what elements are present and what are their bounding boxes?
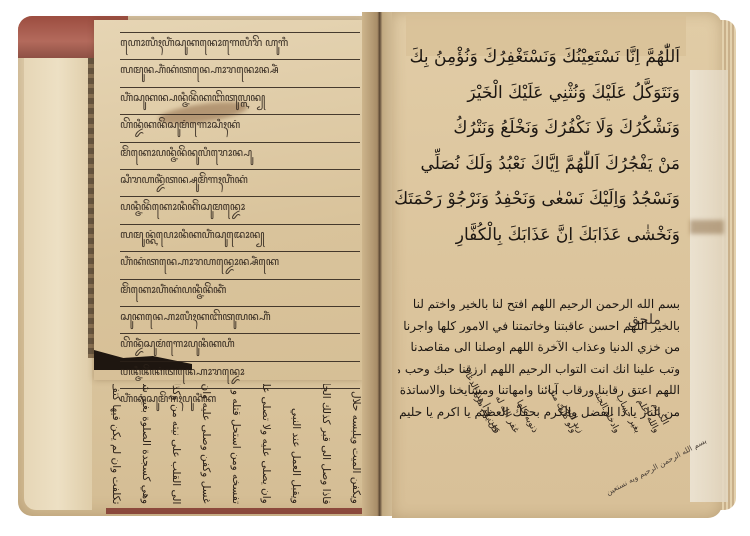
script-line: ꦲꦶꦁꦏꦁꦠꦤ꧀ꦲꦺꦴꦫꦲꦤ꧀ꦢꦺꦴꦤ꧀ꦱꦶꦁꦏꦺ xyxy=(120,251,360,275)
arabic-line: اَللّٰهُمَّ اِنَّا نَسْتَعِيْنُكَ وَنَسْ… xyxy=(380,40,680,76)
dua-line: اللهم اعتق رقابنا ورقاب آبائنا وامهاتنا … xyxy=(398,380,680,402)
vertical-text-column: ويقبل العمل عند النبي xyxy=(290,384,302,504)
vertical-text-column: الى القلب على نيته من وكذلك xyxy=(170,384,182,504)
vertical-arabic-block: تكلفت وان لم يكن فيها كتف وهي كسجدة الصل… xyxy=(102,384,370,512)
arabic-prayer-text: اَللّٰهُمَّ اِنَّا نَسْتَعِيْنُكَ وَنَسْ… xyxy=(380,40,680,253)
arabic-line: وَنَشْكُرُكَ وَلَا نَكْفُرُكَ وَنَخْلَعُ… xyxy=(380,111,680,147)
arabic-line: وَنَسْجُدُ وَاِلَيْكَ نَسْعٰى وَنَحْفِدُ… xyxy=(380,182,680,218)
vertical-text-column: تكلفت وان لم يكن فيها كتف xyxy=(110,384,122,504)
arabic-line: مَنْ يَفْجُرُكَ اَللّٰهُمَّ اِيَّاكَ نَع… xyxy=(380,147,680,183)
arabic-line: وَنَتَوَكَّلُ عَلَيْكَ وَنُثْنِي عَلَيْك… xyxy=(380,76,680,112)
script-line: ꦲꦺꦴꦭꦶꦃꦲꦶꦁꦱꦸꦏꦤꦺꦴꦒꦺꦭꦶꦫꦼ ꦲꦸꦒꦶ xyxy=(120,32,360,56)
tissue-flap xyxy=(690,70,728,502)
manuscript-photo: ꦲꦺꦴꦭꦶꦃꦲꦶꦁꦱꦸꦏꦤꦺꦴꦒꦺꦭꦶꦫꦼ ꦲꦸꦒꦶ ꦭꦩꦸꦤ꧀ꦲꦶꦁꦏꦁꦠꦤ꧀… xyxy=(0,0,750,536)
script-line: ꦲꦼꦤ꧀ꦢꦶꦏꦤꦼꦁꦱꦸꦩꦁꦒꦺꦴꦱꦶꦃꦏꦁ xyxy=(120,114,360,138)
script-line: ꦥꦤ꧀ꦗꦶꦤꦼꦁꦏꦺꦴꦤꦶꦏꦼꦁꦱꦸꦩꦤ꧀ꦢꦺꦴ xyxy=(120,196,360,220)
vertical-text-column: ويكفن الميت ويلبسه حلال xyxy=(350,384,362,504)
diagonal-marginal-notes: ومن قرأ هذا الدعاء كل يوم مرة غفر الله ل… xyxy=(420,430,660,510)
script-line: ꦱꦶꦫꦲꦤ꧀ꦢꦶꦁꦠꦤ꧀ꦱꦸꦩꦼꦁꦒꦃꦲꦶꦁꦏꦁ xyxy=(120,169,360,193)
script-line: ꦲꦼꦤ꧀ꦢꦶꦁꦱꦸꦩꦁꦒꦺꦴꦥꦸꦤꦶꦏꦲꦶ xyxy=(120,333,360,357)
stain xyxy=(690,220,724,234)
indic-script-text: ꦲꦺꦴꦭꦶꦃꦲꦶꦁꦱꦸꦏꦤꦺꦴꦒꦺꦭꦶꦫꦼ ꦲꦸꦒꦶ ꦭꦩꦸꦤ꧀ꦲꦶꦁꦏꦁꦠꦤ꧀… xyxy=(120,32,360,415)
script-line: ꦥꦤ꧀ꦗꦶꦤꦼꦁꦏꦁꦠꦤ꧀ꦲꦺꦴꦫꦤ꧀ꦢꦺꦴ xyxy=(120,361,360,385)
vertical-text-column: غسل وكفن وصلى عليه وان لم xyxy=(200,384,212,504)
dua-line: بسم الله الرحمن الرحيم اللهم افتح لنا با… xyxy=(398,294,680,316)
vertical-text-column: وهي كسجدة الصلوة بغير شك xyxy=(140,384,152,504)
red-bottom-edge xyxy=(106,508,376,514)
dua-line: وتب علينا انك انت التواب الرحيم اللهم ار… xyxy=(398,359,680,381)
script-line: ꦭꦩꦸꦤ꧀ꦲꦶꦁꦏꦁꦠꦤ꧀ꦲꦺꦴꦫꦤꦺꦴꦤ꧀ꦱꦶꦁ xyxy=(120,59,360,83)
script-line: ꦲꦶꦁꦱꦸꦏꦤ꧀ꦥꦤ꧀ꦗꦶꦤꦼꦁꦏꦧꦼꦠꦸꦭ꧀ꦭꦤ꧀ xyxy=(120,87,360,111)
dua-line: من خزي الدنيا وعذاب الآخرة اللهم اوصلنا … xyxy=(398,337,680,359)
dua-line: بالخير اللهم احسن عاقبتنا وخاتمتنا في ال… xyxy=(398,316,680,338)
script-line: ꦭꦩꦸꦤ꧀ꦏꦁꦥꦺꦴꦤꦶꦏꦲꦶꦁꦱꦸꦢꦺꦴꦤ꧀ xyxy=(120,224,360,248)
script-line: ꦩꦼꦁꦏꦺꦴꦥꦤ꧀ꦗꦶꦤꦼꦁꦤꦸꦭꦶꦫꦺꦴꦤ꧀ꦥꦸ xyxy=(120,142,360,166)
arabic-line: وَنَخْشٰى عَذَابَكَ اِنَّ عَذَابَكَ بِال… xyxy=(380,218,680,254)
vertical-text-column: تفسخه ومن استحل قتله و xyxy=(230,384,242,504)
script-line: ꦱꦸꦏꦤ꧀ꦲꦺꦴꦭꦶꦃꦏꦧꦼꦠꦸꦭꦤ꧀ꦲꦶꦁ xyxy=(120,306,360,330)
vertical-text-column: وان يصلى عليه ولا تصلى على باغ xyxy=(260,384,272,504)
margin-flap xyxy=(24,58,92,510)
script-line: ꦩꦼꦁꦏꦺꦴꦲꦶꦁꦏꦁꦥꦤ꧀ꦗꦶꦤꦼꦁꦏꦶꦁ xyxy=(120,279,360,303)
vertical-text-column: فاذا وصل الى قبر كذلك الجلوس xyxy=(320,384,332,504)
